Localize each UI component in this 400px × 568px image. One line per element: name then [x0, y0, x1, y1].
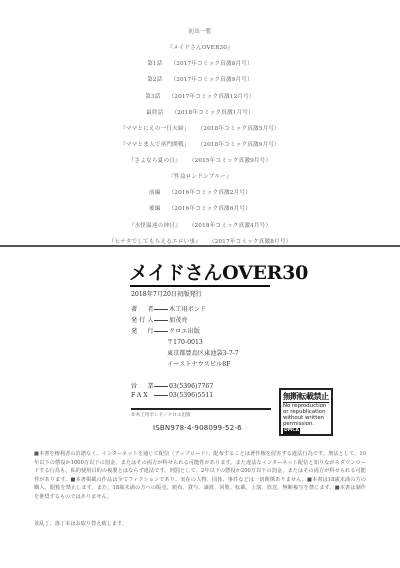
- credit-value: クロエ出版: [169, 328, 200, 335]
- toc-source: （2017年コミック真激8月号）: [170, 61, 252, 67]
- dash: [154, 386, 168, 387]
- section-divider: [0, 245, 400, 247]
- toc-line: 『ママとにえの一日夫婦』（2018年コミック真激5月号）: [0, 124, 400, 132]
- contact-fax: FAX03(5396)5511: [131, 392, 213, 399]
- toc-line: 『ヒナタでしてもらえるエロい事』（2017年コミック真激8月号）: [0, 237, 400, 245]
- toc-source: （2018年コミック真激4月号）: [189, 223, 271, 229]
- toc-line: 『メイドさんOVER30』: [0, 43, 400, 51]
- credit-row-publisher-person: 発行人加茂亮: [131, 315, 188, 324]
- toc-title: 『さよなら夏の日』: [129, 156, 181, 164]
- toc-source: （2016年コミック真激2月号）: [169, 190, 251, 196]
- badge-jp-text: 無断転載禁止: [283, 391, 329, 403]
- toc-title: 『メイドさんOVER30』: [167, 45, 233, 51]
- toc-source: （2017年コミック真激9月号）: [170, 77, 252, 83]
- toc-source: （2018年コミック真激5月号）: [198, 126, 280, 132]
- toc-line: 『性益ロンドンブルー』: [0, 172, 400, 180]
- contact-value: 03(5396)5511: [169, 392, 213, 399]
- toc-title: 『性益ロンドンブルー』: [168, 174, 232, 180]
- toc-title: 第3話: [145, 92, 160, 100]
- dmca-tag: DMCA: [283, 428, 300, 434]
- dash: [154, 309, 168, 310]
- dash: [154, 331, 168, 332]
- toc-line: 前編（2016年コミック真激2月号）: [0, 188, 400, 196]
- dash: [154, 395, 168, 396]
- credit-row-author: 著 者木工用ボンド: [131, 304, 206, 313]
- no-reproduction-badge: 無断転載禁止 No reproduction or republication …: [279, 388, 333, 436]
- credit-value: 木工用ボンド: [169, 306, 206, 313]
- toc-line: 『さよなら夏の日』（2015年コミック真激9月号）: [0, 156, 400, 164]
- toc-title: 前編: [149, 188, 161, 196]
- toc-line: 『水怪温達の神日』（2018年コミック真激4月号）: [0, 221, 400, 229]
- toc-title: 第2話: [147, 75, 162, 83]
- toc-title: 『ママとま人で巫門開戦』: [120, 140, 190, 148]
- legal-notice: ■本書を権利者の許諾なく、インターネットを通じて配信（アップロード）、配布するこ…: [34, 450, 366, 501]
- toc-line: 第2話（2017年コミック真激9月号）: [0, 75, 400, 83]
- dash: [154, 320, 168, 321]
- contact-sales: 営 業03(5396)7767: [131, 381, 213, 390]
- badge-en-text: No reproduction or republication without…: [283, 403, 329, 434]
- toc-title: 第1話: [147, 59, 162, 67]
- credit-row-publisher: 発 行クロエ出版: [131, 326, 200, 335]
- book-title: メイドさんOVER30: [129, 258, 308, 285]
- toc-title: 『ヒナタでしてもらえるエロい事』: [109, 237, 201, 245]
- postal-code: 〒170-0013: [167, 337, 203, 346]
- toc-line: 『ママとま人で巫門開戦』（2018年コミック真激9月号）: [0, 140, 400, 148]
- credit-label: 発行人: [131, 315, 153, 324]
- toc-source: （2016年コミック真激6月号）: [169, 206, 251, 212]
- contact-label: FAX: [131, 392, 153, 399]
- address-building: イーストナウスビル8F: [167, 359, 230, 368]
- toc-line: 最終話（2018年コミック真激1月号）: [0, 108, 400, 116]
- toc-title: 後編: [149, 204, 161, 212]
- credit-label: 発 行: [131, 326, 153, 335]
- toc-source: （2018年コミック真激1月号）: [171, 110, 253, 116]
- copyright: ©木工用ボンド／クロエ出版: [131, 412, 191, 418]
- publication-date: 2018年7月20日初版発行: [131, 289, 202, 298]
- badge-line: permission.: [283, 421, 314, 427]
- contact-value: 03(5396)7767: [169, 383, 213, 390]
- toc-source: （2015年コミック真激9月号）: [189, 158, 271, 164]
- credit-label: 著 者: [131, 304, 153, 313]
- toc-heading: 初出一覧: [0, 27, 400, 35]
- toc-line: 第3話（2017年コミック真激12月号）: [0, 92, 400, 100]
- title-rule: [130, 285, 270, 287]
- isbn: ISBN978-4-908099-52-6: [153, 424, 242, 432]
- credit-value: 加茂亮: [169, 317, 188, 324]
- toc-source: （2018年コミック真激9月号）: [198, 142, 280, 148]
- toc-title: 『ママとにえの一日夫婦』: [120, 124, 190, 132]
- colophon-rule: [131, 408, 271, 410]
- toc-line: 後編（2016年コミック真激6月号）: [0, 204, 400, 212]
- address-line: 東京都豊島区東池袋3-7-7: [167, 348, 239, 357]
- toc-title: 最終話: [146, 108, 163, 116]
- toc-line: 第1話（2017年コミック真激8月号）: [0, 59, 400, 67]
- replacement-note: 並乱丁、落丁本はお取り替え致します。: [34, 520, 127, 527]
- toc-source: （2017年コミック真激12月号）: [169, 94, 255, 100]
- toc-title: 『水怪温達の神日』: [129, 221, 181, 229]
- contact-label: 営 業: [131, 381, 153, 390]
